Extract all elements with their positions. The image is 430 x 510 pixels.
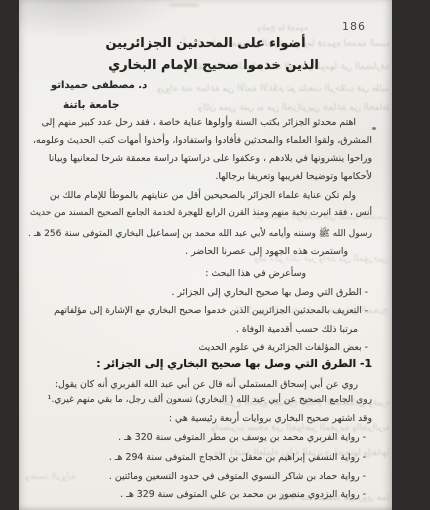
list-item: - رواية النسفي إبراهيم بن معقل بن الحجاج… [109,452,366,463]
ink-speck [372,127,376,130]
body-line: اهتم محدثو الجزائر بكتب السنة وأولوها عن… [42,117,356,128]
body-line: أنس ، فقد انبرت نخبة منهم ومنذ القرن الر… [30,208,372,218]
body-line-with-footnote-marker: روى الجامع الصحيح عن أبي عبد الله ( البخ… [48,395,372,405]
body-line: لأحكامها وتوضيحا لغريبها وتعريفا برجالها… [215,171,372,182]
list-item: - رواية الفربري محمد بن يوسف بن مطر المت… [118,432,366,443]
show-through-line: وتلمح ما قدموه [257,23,308,32]
show-through-line: وتعتمد الرواية [25,472,76,482]
body-line: المشرق، ولقوا العلماء والمحدثين فأفادوا … [33,135,372,146]
article-title-line-1: أضواء على المحدثين الجزائريين [19,36,392,51]
body-line: وسأعرض في هذا البحث : [205,268,306,279]
list-item: - رواية البزدوي منصور بن محمد بن علي الم… [120,489,366,500]
section-heading: 1- الطرق التي وصل بها صحيح البخاري إلى ا… [96,357,372,370]
list-item: - رواية حماد بن شاكر النسوي المتوفى في ح… [109,471,366,482]
viewer-background: { "page": { "number": "186", "title_line… [0,0,430,510]
list-item: - بعض المؤلفات الجزائرية في علوم الحديث [199,342,368,353]
body-line: واستمرت هذه الجهود إلى عصرنا الحاضر . [185,246,348,257]
show-through-line: ورواه عنه جماعة من الأئمة الأعلام ثم تتا… [157,84,390,94]
article-title-line-2: الذين خدموا صحيح الإمام البخاري [27,58,392,73]
author-name: د. مصطفى حميداتو [51,80,147,91]
body-line: رسول الله ﷺ وسننه وأيامه لأبي عبد الله م… [28,227,372,241]
body-line: ولم تكن عناية علماء الجزائر بالصحيحين أق… [50,190,356,201]
scan-smudge [169,3,199,7]
body-line: وراحوا ينشرونها في بلادهم ، وعكفوا على د… [49,153,372,164]
body-line: روي عن أبي إسحاق المستملي أنه قال عن أبي… [55,379,358,390]
list-item-continuation: مرتبا ذلك حسب أقدمية الوفاة . [236,324,358,335]
list-item: - الطرق التي وصل بها صحيح البخاري إلى ال… [171,287,368,298]
list-item: - التعريف بالمحدثين الجزائريين الذين خدم… [54,306,368,316]
author-affiliation: جامعة باتنة [63,99,119,111]
show-through-line: وكان ممن عني به من الجزائريين جماعة من ا… [198,103,390,113]
scanned-page: وتلمح ما قدموه أضواء على المحدثين الجزائ… [19,0,392,510]
page-number: 186 [342,20,366,33]
body-line: وقد اشتهر صحيح البخاري بروايات أربعة رئي… [169,413,372,424]
